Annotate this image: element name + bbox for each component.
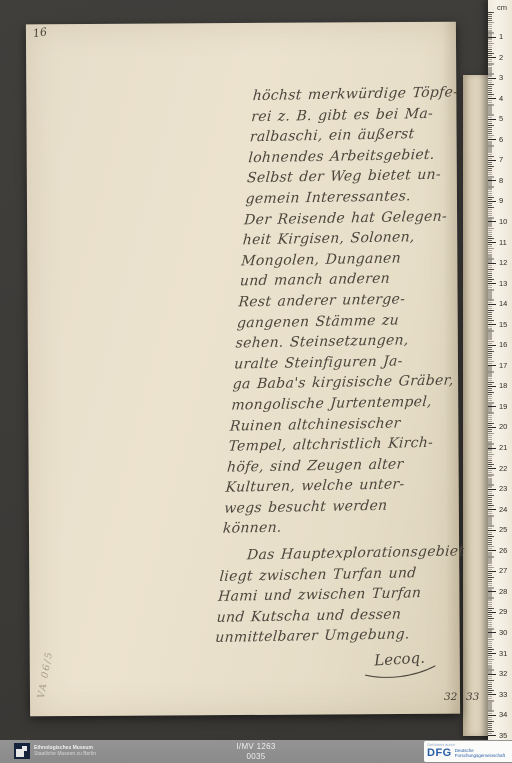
scan-number: 0035 — [247, 752, 266, 762]
ruler-cm-tick — [488, 180, 496, 181]
ruler-cm-label: 5 — [499, 115, 503, 123]
handwritten-paragraph: höchst merkwürdige Töpfe-rei z. B. gibt … — [222, 82, 493, 540]
ruler-cm-tick — [488, 632, 496, 633]
ruler-cm-tick — [488, 98, 496, 99]
ruler-cm-tick — [488, 37, 496, 38]
signature-text: Lecoq. — [374, 649, 426, 670]
scan-viewport: 16 höchst merkwürdige Töpfe-rei z. B. gi… — [0, 0, 512, 763]
funder-name-line2: Forschungsgemeinschaft — [455, 753, 505, 759]
sheet-number: 16 — [32, 25, 48, 40]
ruler-cm-label: 29 — [499, 608, 507, 616]
ruler-cm-tick — [488, 365, 496, 366]
ruler-cm-tick — [488, 715, 496, 716]
ruler-cm-tick — [488, 468, 496, 469]
handwriting-line: können. — [222, 515, 463, 540]
ruler-cm-label: 32 — [499, 670, 507, 678]
handwritten-paragraph: Das Hauptexplorationsgebietliegt zwische… — [215, 541, 462, 649]
ruler-cm-label: 30 — [499, 629, 507, 637]
ruler-cm-tick — [488, 201, 496, 202]
ruler-cm-tick — [488, 139, 496, 140]
ruler-cm-tick — [488, 324, 496, 325]
ruler-cm-label: 1 — [499, 33, 503, 41]
ruler-cm-label: 2 — [499, 54, 503, 62]
ruler-cm-tick — [488, 304, 496, 305]
ruler-cm-tick — [488, 612, 496, 613]
measuring-ruler: cm 1234567891011121314151617181920212223… — [488, 0, 512, 740]
ruler-cm-tick — [488, 653, 496, 654]
ruler-cm-label: 33 — [499, 691, 507, 699]
handwriting-line: unmittelbarer Umgebung. — [215, 624, 456, 649]
handwriting-line: Selbst der Weg bietet un- — [246, 164, 487, 189]
handwriting-line: ralbaschi, ein äußerst — [249, 123, 490, 148]
ruler-cm-tick — [488, 694, 496, 695]
handwriting-line: und manch anderen — [239, 267, 480, 292]
ruler-cm-tick — [488, 242, 496, 243]
ruler-cm-tick — [488, 345, 496, 346]
ruler-cm-tick — [488, 283, 496, 284]
handwriting-line: heit Kirgisen, Solonen, — [242, 226, 483, 251]
ruler-cm-label: 27 — [499, 567, 507, 575]
ruler-cm-label: 17 — [499, 362, 507, 370]
ruler-cm-label: 8 — [499, 177, 503, 185]
dfg-logo: Gefördert durch DFG Deutsche Forschungsg… — [424, 741, 512, 762]
ruler-cm-tick — [488, 489, 496, 490]
handwriting-line: gemein Interessantes. — [245, 185, 486, 210]
ruler-cm-tick — [488, 509, 496, 510]
ruler-cm-tick — [488, 530, 496, 531]
ruler-cm-tick — [488, 386, 496, 387]
handwriting-line: rei z. B. gibt es bei Ma- — [251, 102, 492, 127]
ruler-cm-label: 13 — [499, 280, 507, 288]
ruler-unit-label: cm — [497, 3, 507, 12]
ruler-cm-tick — [488, 591, 496, 592]
ruler-cm-label: 35 — [499, 732, 507, 740]
handwriting-line: ga Baba's kirgisische Gräber, — [232, 370, 473, 395]
ruler-halfcm-ticks — [488, 12, 494, 734]
ruler-cm-tick — [488, 674, 496, 675]
ruler-cm-label: 6 — [499, 136, 503, 144]
ruler-cm-label: 18 — [499, 382, 507, 390]
handwriting-line: Der Reisende hat Gelegen- — [243, 205, 484, 230]
handwriting-text-block: höchst merkwürdige Töpfe-rei z. B. gibt … — [215, 82, 494, 649]
page-number-left: 32 — [444, 691, 457, 703]
ruler-cm-label: 9 — [499, 197, 503, 205]
ruler-cm-label: 19 — [499, 403, 507, 411]
ruler-cm-label: 31 — [499, 650, 507, 658]
ruler-cm-label: 34 — [499, 711, 507, 719]
handwriting-line: Mongolen, Dunganen — [241, 247, 482, 272]
ruler-cm-tick — [488, 550, 496, 551]
shelfmark: I/MV 1263 — [236, 742, 275, 752]
ruler-cm-label: 12 — [499, 259, 507, 267]
ruler-cm-label: 22 — [499, 465, 507, 473]
ruler-cm-tick — [488, 406, 496, 407]
ruler-cm-tick — [488, 448, 496, 449]
footer-bar: Ethnologisches Museum Staatliche Museen … — [0, 740, 512, 763]
ruler-cm-label: 23 — [499, 485, 507, 493]
ruler-cm-tick — [488, 57, 496, 58]
ruler-cm-label: 11 — [499, 239, 507, 247]
manuscript-page: 16 höchst merkwürdige Töpfe-rei z. B. gi… — [26, 22, 460, 717]
ruler-cm-label: 24 — [499, 506, 507, 514]
ruler-cm-tick — [488, 427, 496, 428]
ruler-cm-tick — [488, 78, 496, 79]
page-number-right: 33 — [466, 691, 479, 703]
ruler-cm-label: 28 — [499, 588, 507, 596]
ruler-cm-label: 14 — [499, 300, 507, 308]
ruler-cm-tick — [488, 160, 496, 161]
ruler-cm-label: 4 — [499, 95, 503, 103]
ruler-cm-tick — [488, 735, 496, 736]
ruler-cm-label: 10 — [499, 218, 507, 226]
handwriting-line: Rest anderer unterge- — [238, 288, 479, 313]
ruler-cm-label: 16 — [499, 341, 507, 349]
signature: Lecoq. — [329, 646, 470, 682]
handwriting-line: lohnendes Arbeitsgebiet. — [248, 144, 489, 169]
ruler-cm-label: 25 — [499, 526, 507, 534]
ruler-cm-tick — [488, 119, 496, 120]
ruler-cm-label: 20 — [499, 423, 507, 431]
dfg-abbr: DFG — [427, 747, 452, 759]
ruler-cm-label: 15 — [499, 321, 507, 329]
ruler-cm-tick — [488, 571, 496, 572]
ruler-cm-tick — [488, 263, 496, 264]
ruler-cm-label: 21 — [499, 444, 507, 452]
ruler-cm-label: 26 — [499, 547, 507, 555]
ruler-cm-label: 7 — [499, 156, 503, 164]
ruler-cm-label: 3 — [499, 74, 503, 82]
ruler-cm-tick — [488, 221, 496, 222]
